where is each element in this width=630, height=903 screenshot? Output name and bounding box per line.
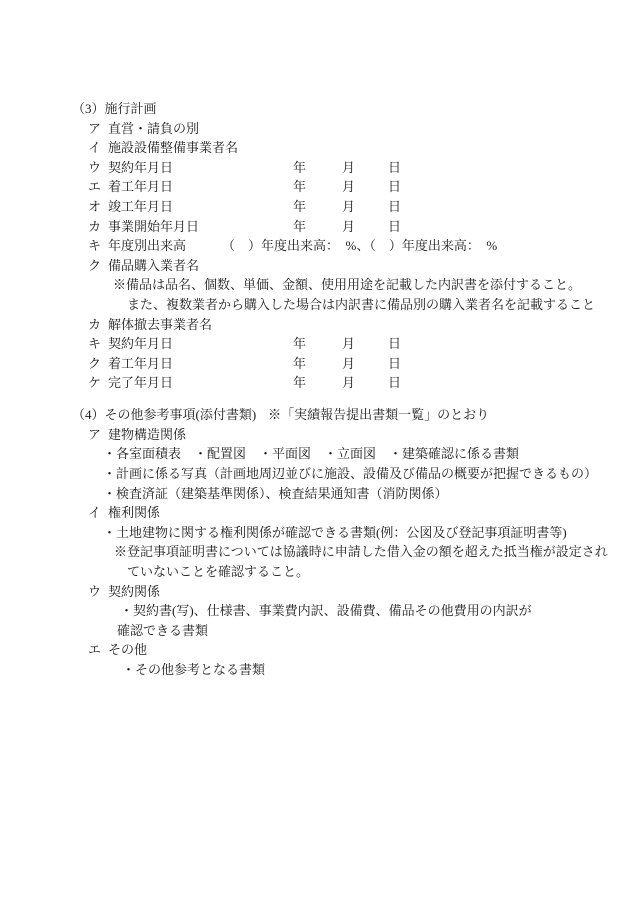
document-page: （3）施行計画 ア直営・請負の別 イ施設設備整備事業者名 ウ契約年月日年月日 エ… bbox=[0, 0, 630, 903]
bullet-contract-documents: ・契約書(写)、仕様書、事業費内訳、設備費、備品その他費用の内訳が bbox=[0, 601, 630, 621]
bullet-text: ・その他参考となる書類 bbox=[122, 662, 265, 677]
month-label: 月 bbox=[342, 334, 355, 354]
item-marker: ウ bbox=[88, 582, 108, 602]
list-item-demolition-contract-date: キ契約年月日年月日 bbox=[0, 334, 630, 354]
item-marker: エ bbox=[88, 177, 108, 197]
item-marker: ク bbox=[88, 256, 108, 276]
note-multiple-vendors: また、複数業者から購入した場合は内訳書に備品別の購入業者名を記載すること bbox=[0, 295, 630, 315]
item-text: 契約年月日 bbox=[108, 160, 173, 175]
day-label: 日 bbox=[388, 158, 401, 178]
item-marker: ア bbox=[88, 119, 108, 139]
list-item-business-start-date: カ事業開始年月日年月日 bbox=[0, 217, 630, 237]
list-item-equipment-vendor-name: ク備品購入業者名 bbox=[0, 256, 630, 276]
section-construction-plan: （3）施行計画 ア直営・請負の別 イ施設設備整備事業者名 ウ契約年月日年月日 エ… bbox=[0, 99, 630, 393]
month-label: 月 bbox=[342, 354, 355, 374]
list-item-yearly-progress: キ年度別出来高（ ）年度出来高： %、（ ）年度出来高： % bbox=[0, 236, 630, 256]
note-equipment-breakdown: ※備品は品名、個数、単価、金額、使用用途を記載した内訳書を添付すること。 bbox=[0, 275, 630, 295]
list-item-operation-type: ア直営・請負の別 bbox=[0, 119, 630, 139]
item-text: 直営・請負の別 bbox=[108, 121, 199, 136]
list-item-demolition-finish-date: ケ完了年月日年月日 bbox=[0, 373, 630, 393]
item-marker: イ bbox=[88, 503, 108, 523]
year-label: 年 bbox=[293, 217, 306, 237]
item-marker: カ bbox=[88, 217, 108, 237]
section-3-heading: （3）施行計画 bbox=[72, 101, 157, 116]
section-3-heading-line: （3）施行計画 bbox=[0, 99, 630, 119]
item-marker: キ bbox=[88, 334, 108, 354]
document-content: （3）施行計画 ア直営・請負の別 イ施設設備整備事業者名 ウ契約年月日年月日 エ… bbox=[0, 0, 630, 680]
year-label: 年 bbox=[293, 354, 306, 374]
list-item-contract-date: ウ契約年月日年月日 bbox=[0, 158, 630, 178]
bullet-other-reference-documents: ・その他参考となる書類 bbox=[0, 660, 630, 680]
list-item-demolition-start-date: ク着工年月日年月日 bbox=[0, 354, 630, 374]
note-registry-certificate-cont: ていないことを確認すること。 bbox=[0, 562, 630, 582]
month-label: 月 bbox=[342, 158, 355, 178]
item-marker: キ bbox=[88, 236, 108, 256]
note-registry-certificate: ※登記事項証明書については協議時に申請した借入金の額を超えた抵当権が設定され bbox=[0, 542, 630, 562]
note-text: ※登記事項証明書については協議時に申請した借入金の額を超えた抵当権が設定され bbox=[114, 544, 608, 559]
list-item-facility-contractor-name: イ施設設備整備事業者名 bbox=[0, 138, 630, 158]
list-item-completion-date: オ竣工年月日年月日 bbox=[0, 197, 630, 217]
item-text: 着工年月日 bbox=[108, 356, 173, 371]
bullet-text: ・土地建物に関する権利関係が確認できる書類(例：公図及び登記事項証明書等) bbox=[103, 525, 567, 540]
day-label: 日 bbox=[388, 334, 401, 354]
item-marker: カ bbox=[88, 315, 108, 335]
month-label: 月 bbox=[342, 177, 355, 197]
month-label: 月 bbox=[342, 197, 355, 217]
bullet-floor-area-drawings: ・各室面積表 ・配置図 ・平面図 ・立面図 ・建築確認に係る書類 bbox=[0, 444, 630, 464]
bullet-text: ・各室面積表 ・配置図 ・平面図 ・立面図 ・建築確認に係る書類 bbox=[103, 446, 519, 461]
list-item-others: エその他 bbox=[0, 640, 630, 660]
bullet-inspection-certificates: ・検査済証（建築基準関係）、検査結果通知書（消防関係） bbox=[0, 484, 630, 504]
bullet-text: ・契約書(写)、仕様書、事業費内訳、設備費、備品その他費用の内訳が bbox=[120, 603, 532, 618]
item-marker: オ bbox=[88, 197, 108, 217]
section-4-heading-note: ※「実績報告提出書類一覧」のとおり bbox=[268, 407, 489, 422]
item-text: 建物構造関係 bbox=[108, 427, 186, 442]
item-text: 契約年月日 bbox=[108, 336, 173, 351]
day-label: 日 bbox=[388, 354, 401, 374]
item-text: 施設設備整備事業者名 bbox=[108, 140, 238, 155]
list-item-start-date: エ着工年月日年月日 bbox=[0, 177, 630, 197]
list-item-demolition-contractor-name: カ解体撤去事業者名 bbox=[0, 315, 630, 335]
item-text: 契約関係 bbox=[108, 584, 160, 599]
item-marker: ケ bbox=[88, 373, 108, 393]
note-text: ※備品は品名、個数、単価、金額、使用用途を記載した内訳書を添付すること。 bbox=[113, 277, 581, 292]
item-marker: ア bbox=[88, 425, 108, 445]
year-label: 年 bbox=[293, 197, 306, 217]
bullet-land-building-rights: ・土地建物に関する権利関係が確認できる書類(例：公図及び登記事項証明書等) bbox=[0, 523, 630, 543]
day-label: 日 bbox=[388, 197, 401, 217]
day-label: 日 bbox=[388, 217, 401, 237]
bullet-plan-photos: ・計画に係る写真（計画地周辺並びに施設、設備及び備品の概要が把握できるもの） bbox=[0, 464, 630, 484]
item-text: 完了年月日 bbox=[108, 375, 173, 390]
note-text: ていないことを確認すること。 bbox=[127, 564, 309, 579]
day-label: 日 bbox=[388, 373, 401, 393]
section-4-heading: （4）その他参考事項(添付書類) bbox=[72, 407, 256, 422]
section-4-heading-line: （4）その他参考事項(添付書類)※「実績報告提出書類一覧」のとおり bbox=[0, 405, 630, 425]
section-other-reference: （4）その他参考事項(添付書類)※「実績報告提出書類一覧」のとおり ア建物構造関… bbox=[0, 405, 630, 679]
day-label: 日 bbox=[388, 177, 401, 197]
year-label: 年 bbox=[293, 158, 306, 178]
item-text: 年度別出来高 bbox=[108, 238, 186, 253]
item-text: その他 bbox=[108, 642, 147, 657]
list-item-rights-relations: イ権利関係 bbox=[0, 503, 630, 523]
item-marker: ウ bbox=[88, 158, 108, 178]
item-text: 竣工年月日 bbox=[108, 199, 173, 214]
item-marker: ク bbox=[88, 354, 108, 374]
year-label: 年 bbox=[293, 177, 306, 197]
list-item-building-structure: ア建物構造関係 bbox=[0, 425, 630, 445]
item-text: 備品購入業者名 bbox=[108, 258, 199, 273]
month-label: 月 bbox=[342, 217, 355, 237]
item-marker: エ bbox=[88, 640, 108, 660]
year-label: 年 bbox=[293, 373, 306, 393]
progress-percent-fields: （ ）年度出来高： %、（ ）年度出来高： % bbox=[222, 236, 497, 256]
item-text: 事業開始年月日 bbox=[108, 219, 199, 234]
item-text: 権利関係 bbox=[108, 505, 160, 520]
list-item-contract-relations: ウ契約関係 bbox=[0, 582, 630, 602]
bullet-text: 確認できる書類 bbox=[117, 623, 208, 638]
bullet-contract-documents-cont: 確認できる書類 bbox=[0, 621, 630, 641]
bullet-text: ・計画に係る写真（計画地周辺並びに施設、設備及び備品の概要が把握できるもの） bbox=[103, 466, 597, 481]
item-marker: イ bbox=[88, 138, 108, 158]
item-text: 解体撤去事業者名 bbox=[108, 317, 212, 332]
bullet-text: ・検査済証（建築基準関係）、検査結果通知書（消防関係） bbox=[103, 486, 448, 501]
year-label: 年 bbox=[293, 334, 306, 354]
month-label: 月 bbox=[342, 373, 355, 393]
note-text: また、複数業者から購入した場合は内訳書に備品別の購入業者名を記載すること bbox=[127, 297, 595, 312]
item-text: 着工年月日 bbox=[108, 179, 173, 194]
